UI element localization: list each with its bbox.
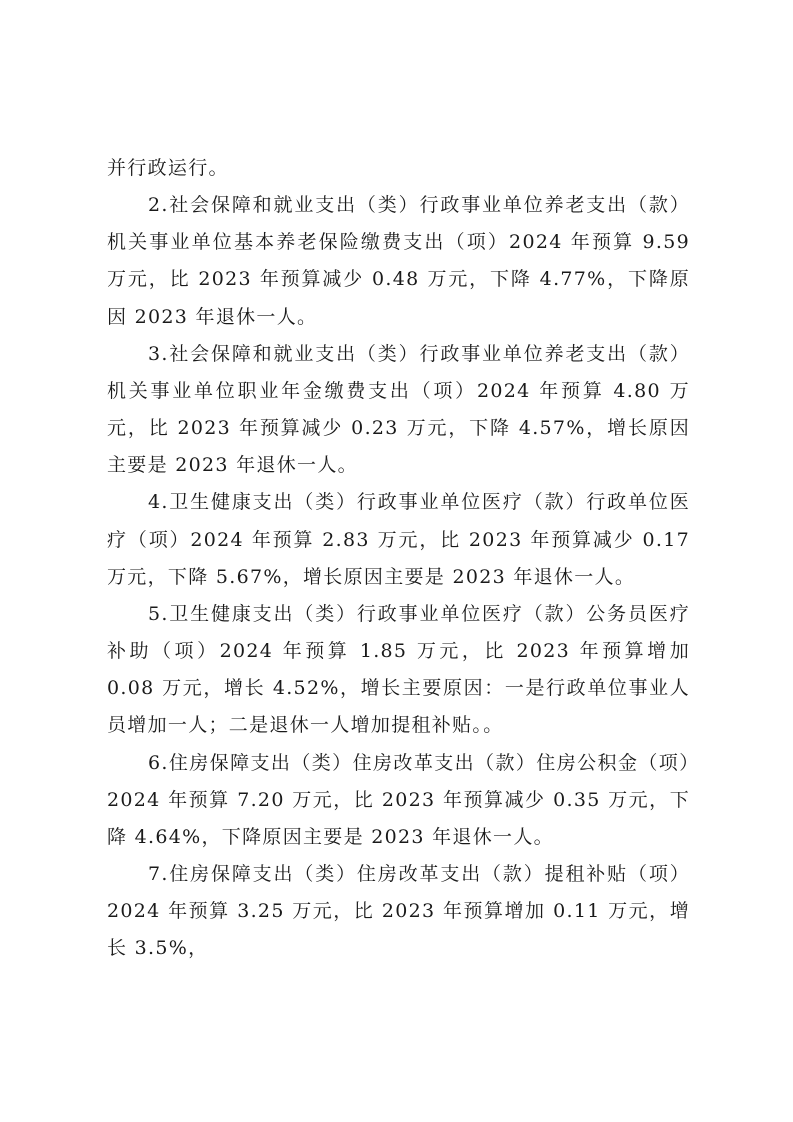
paragraph-item-4-administrative-medical: 4.卫生健康支出（类）行政事业单位医疗（款）行政单位医疗（项）2024 年预算 …: [107, 484, 690, 595]
paragraph-item-2-pension-insurance: 2.社会保障和就业支出（类）行政事业单位养老支出（款）机关事业单位基本养老保险缴…: [107, 187, 690, 336]
paragraph-continuation: 并行政运行。: [107, 150, 690, 187]
paragraph-item-3-occupational-annuity: 3.社会保障和就业支出（类）行政事业单位养老支出（款）机关事业单位职业年金缴费支…: [107, 336, 690, 485]
document-page: 并行政运行。 2.社会保障和就业支出（类）行政事业单位养老支出（款）机关事业单位…: [107, 150, 690, 967]
paragraph-item-7-rent-subsidy: 7.住房保障支出（类）住房改革支出（款）提租补贴（项）2024 年预算 3.25…: [107, 856, 690, 967]
paragraph-item-6-housing-provident-fund: 6.住房保障支出（类）住房改革支出（款）住房公积金（项）2024 年预算 7.2…: [107, 745, 690, 856]
paragraph-item-5-civil-servant-medical-subsidy: 5.卫生健康支出（类）行政事业单位医疗（款）公务员医疗补助（项）2024 年预算…: [107, 596, 690, 745]
